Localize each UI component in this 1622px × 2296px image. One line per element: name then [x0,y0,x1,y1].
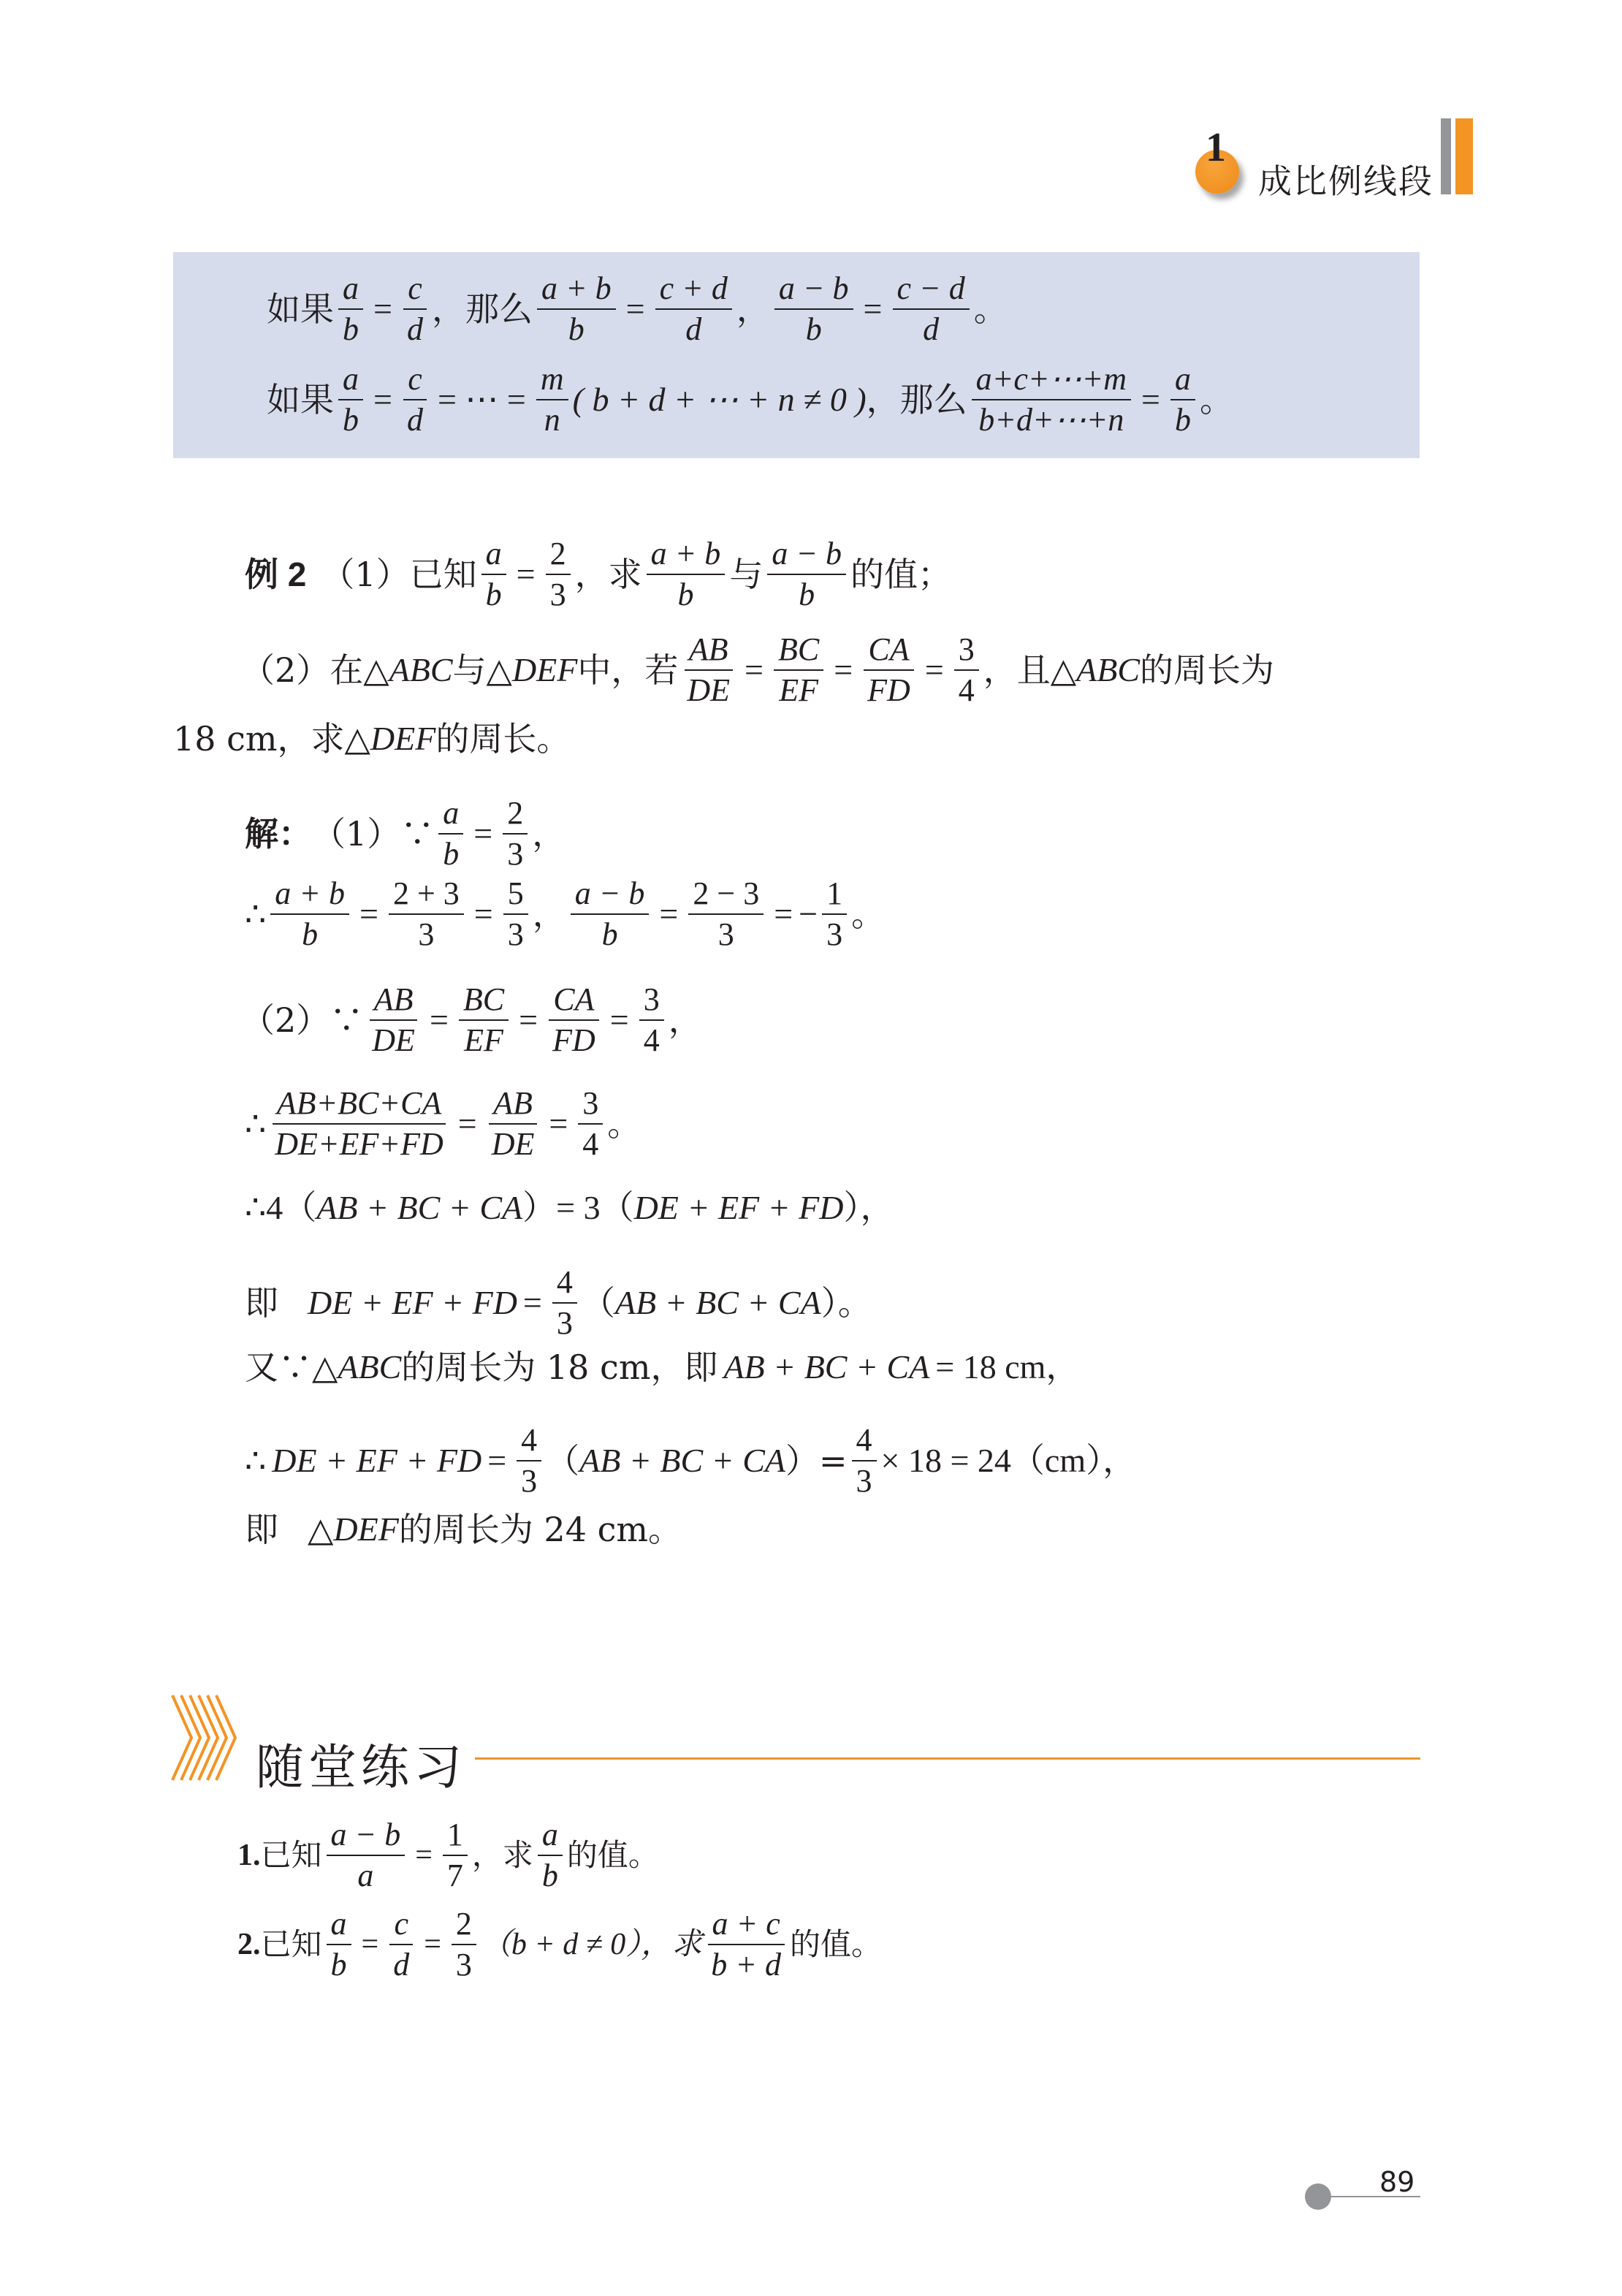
page-number-dot [1305,2183,1331,2210]
text: 与 [729,558,763,591]
fraction: mn [536,362,568,437]
equals: = [359,897,378,931]
fraction: 17 [443,1818,468,1893]
practice-item-1: 1. 已知 a − ba = 17 ，求 ab 的值。 [237,1818,659,1893]
page-number: 89 [1379,2166,1415,2198]
text: ， [669,1003,702,1037]
therefore: ∴ [245,1107,266,1141]
example-part1: 例 2 （1）已知 ab = 23 ，求 a + bb 与 a − bb 的值； [245,537,951,612]
example-part2-line2: 18 cm，求△ DEF 的周长。 [173,722,570,756]
triangle-def: DEF [333,1513,398,1546]
ellipsis-equals: = ⋯ = [438,383,526,417]
text: 即 [245,1286,278,1320]
fraction: ABDE [368,983,419,1057]
equals: = [864,292,883,326]
fraction: a − ba [327,1818,405,1893]
header-bar-gray [1441,118,1451,194]
triangle-def: DEF [512,653,577,687]
property-line-1: 如果 ab = cd ，那么 a + bb = c + dd ， a − bb … [267,272,1008,346]
header-bar-orange [1455,118,1473,194]
text: 的周长为 18 cm，即 [401,1350,717,1384]
fraction: ab [438,797,463,871]
fraction: 2 + 33 [389,877,464,951]
fraction: 34 [954,633,979,707]
fraction: 23 [546,537,571,612]
equals: = [458,1107,477,1141]
condition: （b + d ≠ 0），求 [481,1929,702,1960]
fraction: BCEF [774,633,823,707]
fraction: c − dd [893,272,970,346]
equals: = [774,897,793,931]
equals: = [745,653,764,687]
fraction: 53 [503,877,528,951]
text: 。 [607,1107,641,1141]
fraction: a + bb [270,877,349,951]
expression: DE + EF + FD [634,1191,844,1225]
text: 的周长。 [435,722,570,756]
text: 即 [245,1513,278,1546]
fraction: 23 [503,797,528,871]
expression: DE + EF + FD [308,1286,517,1320]
fraction: BCEF [459,983,509,1057]
fraction: 43 [552,1266,577,1340]
text: 如果 [267,292,334,326]
text: ， [736,292,770,326]
text: ）= 3（ [522,1191,633,1225]
text: × 18 = 24（cm）， [881,1444,1137,1478]
fraction: 34 [578,1087,603,1161]
expression: AB + BC + CA [615,1286,821,1320]
solution-step-3: （2）∵ ABDE = BCEF = CAFD = 34 ， [241,983,702,1057]
text: （ [546,1444,579,1478]
text: （1）已知 [321,558,476,591]
text: ， [533,897,566,931]
fraction: a + bb [647,537,726,612]
text: ，求 [472,1840,533,1871]
equals: = [430,1003,449,1037]
expression: AB + BC + CA [579,1444,785,1478]
fraction: ab [481,537,506,612]
chapter-number: 1 [1206,124,1226,171]
solution-step-2: ∴ a + bb = 2 + 33 = 53 ， a − bb = 2 − 33… [245,877,885,951]
text: （1）∵ [312,817,434,851]
equals: = [834,653,853,687]
solution-step-1: 解： （1）∵ ab = 23 ， [245,797,566,871]
text: 的值。 [567,1840,659,1871]
fraction: cd [403,272,427,346]
equals: = [925,653,944,687]
fraction: AB+BC+CADE+EF+FD [270,1087,447,1161]
equals: = [373,383,392,417]
text: ∴4（ [245,1191,316,1225]
text: = 18 cm， [935,1350,1079,1384]
solution-step-6: 即 DE + EF + FD = 43 （ AB + BC + CA ）。 [245,1266,872,1340]
fraction: CAFD [548,983,600,1057]
text: 的值。 [790,1929,882,1960]
condition: ( b + d + ⋯ + n ≠ 0 ) [573,383,867,417]
fraction: a − bb [774,272,853,346]
equals: = [626,292,645,326]
therefore: ∴ [245,1444,266,1478]
fraction: 43 [517,1423,541,1498]
practice-item-2: 2. 已知 ab = cd = 23 （b + d ≠ 0），求 a + cb … [237,1907,882,1982]
property-line-2: 如果 ab = cd = ⋯ = mn ( b + d + ⋯ + n ≠ 0 … [267,362,1233,437]
fraction: ABDE [487,1087,539,1161]
text: ）， [844,1191,894,1225]
equals: = [373,292,392,326]
text: 的周长为 24 cm。 [399,1513,682,1546]
text: 如果 [267,383,334,417]
text: 中，若 [577,653,678,687]
equals: = [517,558,536,591]
equals: = [362,1929,379,1960]
example-part2-line1: （2）在△ ABC 与△ DEF 中，若 ABDE = BCEF = CAFD … [241,633,1274,707]
text: （2）在△ [241,653,389,687]
text: ）。 [821,1286,872,1320]
text: 与△ [453,653,512,687]
expression: AB + BC + CA [723,1350,929,1384]
text: ）= [785,1444,848,1478]
fraction: cd [389,1907,414,1982]
text: ，且△ [983,653,1076,687]
equals: = [519,1003,538,1037]
equals: = [659,897,678,931]
solution-step-5: ∴4（ AB + BC + CA ）= 3（ DE + EF + FD ）， [245,1191,894,1225]
equals: = [474,897,493,931]
text: ，求 [575,558,642,591]
fraction: ab [338,272,363,346]
fraction: 43 [852,1423,877,1498]
fraction: 13 [822,877,847,951]
minus: − [799,897,818,931]
text: （2）∵ [241,1003,363,1037]
text: 已知 [261,1840,322,1871]
text: 。 [1200,383,1233,417]
equals: = [487,1444,506,1478]
fraction: cd [403,362,427,437]
fraction: a − bb [767,537,846,612]
solution-step-9: 即 △ DEF 的周长为 24 cm。 [245,1513,682,1546]
text: ，那么 [867,383,967,417]
text: 又∵△ [245,1350,338,1384]
text: 已知 [261,1929,322,1960]
text: 的值； [850,558,951,591]
practice-rule [475,1757,1420,1760]
text: 。 [974,292,1008,326]
solution-step-8: ∴ DE + EF + FD = 43 （ AB + BC + CA ）= 43… [245,1423,1136,1498]
solution-label: 解： [245,817,312,851]
text: ， [532,817,566,851]
fraction: a − bb [571,877,650,951]
fraction: c + dd [655,272,732,346]
equals: = [610,1003,629,1037]
equals: = [549,1107,568,1141]
fraction: 34 [639,983,664,1057]
equals: = [1141,383,1160,417]
expression: DE + EF + FD [272,1444,481,1478]
example-label: 例 2 [245,558,306,591]
equals: = [424,1929,441,1960]
item-number: 1. [237,1840,261,1871]
fraction: a + cb + d [707,1907,785,1982]
solution-step-7: 又∵△ ABC 的周长为 18 cm，即 AB + BC + CA = 18 c… [245,1350,1079,1384]
fraction: ab [538,1818,563,1893]
fraction: ab [338,362,363,437]
fraction: a+c+⋯+mb+d+⋯+n [972,362,1131,437]
triangle-abc: ABC [1076,653,1140,687]
chapter-title: 成比例线段 [1258,155,1433,203]
fraction: 2 − 33 [688,877,764,951]
equals: = [415,1840,433,1871]
equals: = [523,1286,542,1320]
fraction: ab [327,1907,351,1982]
text: 。 [851,897,885,931]
triangle-symbol: △ [308,1513,333,1546]
solution-step-4: ∴ AB+BC+CADE+EF+FD = ABDE = 34 。 [245,1087,641,1161]
fraction: ab [1170,362,1195,437]
text: 的周长为 [1140,653,1274,687]
fraction: CAFD [863,633,915,707]
text: 18 cm，求△ [173,722,370,756]
text: ，那么 [432,292,533,326]
fraction: 23 [452,1907,476,1982]
triangle-abc: ABC [338,1350,401,1384]
triangle-abc: ABC [389,653,453,687]
item-number: 2. [237,1929,261,1960]
fraction: a + bb [537,272,616,346]
therefore: ∴ [245,897,266,931]
fraction: ABDE [682,633,734,707]
equals: = [473,817,492,851]
text: （ [582,1286,615,1320]
chevron-stripes-icon [170,1694,250,1782]
triangle-def: DEF [370,722,435,756]
expression: AB + BC + CA [316,1191,522,1225]
practice-title: 随堂练习 [256,1728,466,1798]
